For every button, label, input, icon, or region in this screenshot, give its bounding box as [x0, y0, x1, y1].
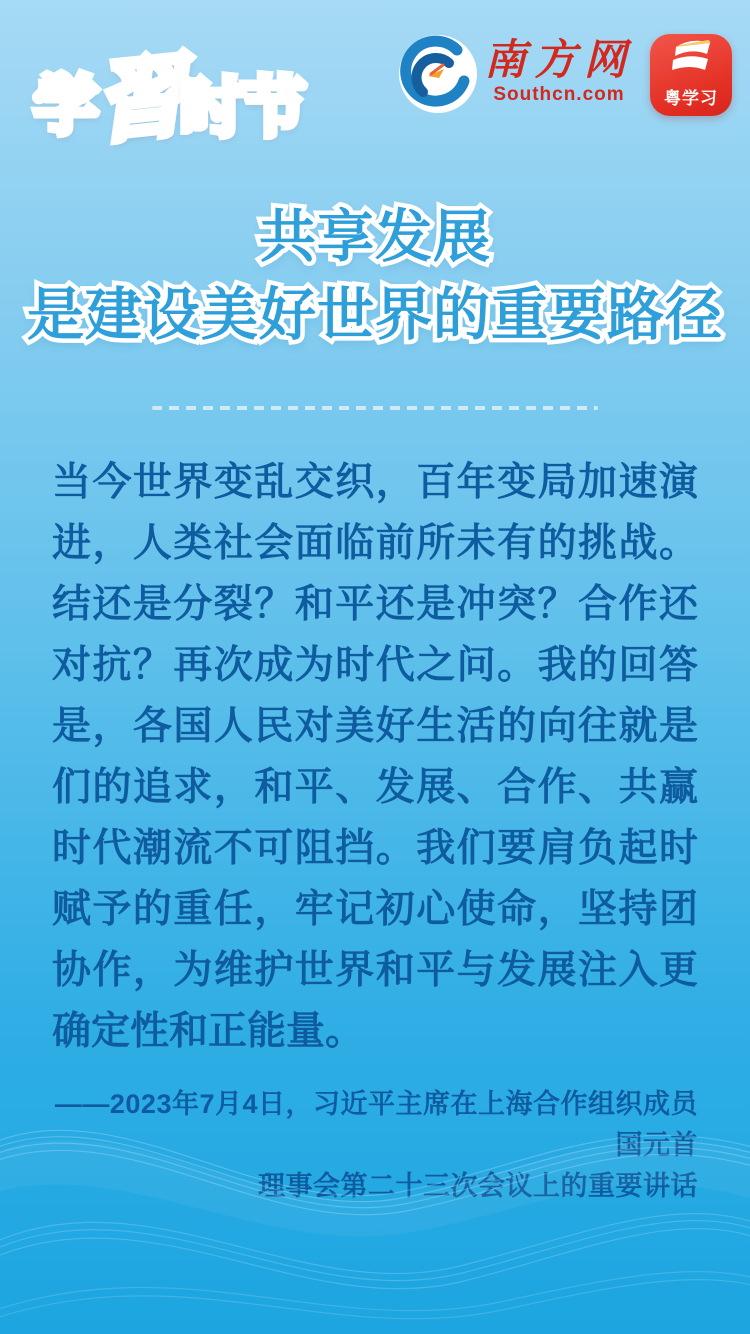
yuexuexi-app-icon: 粤学习 — [650, 34, 732, 116]
southcn-s-swirl-icon — [398, 34, 478, 119]
poster-title-text: 共享发展 是建设美好世界的重要路径 — [0, 198, 750, 354]
poster-page: 学習时节 学習时节 南方网 — [0, 0, 750, 1334]
quote-line: 进，人类社会面临前所未有的挑战。团 — [52, 513, 698, 574]
quote-line: 们的追求，和平、发展、合作、共赢的 — [52, 757, 698, 818]
header-logos-right: 南方网 Southcn.com 粤学习 — [398, 34, 732, 119]
southcn-name: 南方网 — [484, 38, 634, 84]
southcn-logo: 南方网 Southcn.com — [398, 34, 634, 119]
quote-attribution: ——2023年7月4日，习近平主席在上海合作组织成员国元首 理事会第二十三次会议… — [50, 1084, 698, 1207]
dashed-divider — [152, 406, 598, 410]
title-line-2: 是建设美好世界的重要路径 — [0, 276, 750, 354]
quote-line: 协作，为维护世界和平与发展注入更多 — [52, 940, 698, 1001]
yuexuexi-label: 粤学习 — [664, 84, 718, 109]
xuexi-shijie-logo-text: 学習时节 — [34, 40, 304, 128]
quote-line: 时代潮流不可阻挡。我们要肩负起时代 — [52, 818, 698, 879]
header: 学習时节 学習时节 南方网 — [34, 34, 732, 144]
quote-line: 结还是分裂？和平还是冲突？合作还是 — [52, 574, 698, 635]
quote-line: 是，各国人民对美好生活的向往就是我 — [52, 696, 698, 757]
attribution-line-2: 理事会第二十三次会议上的重要讲话 — [50, 1166, 698, 1207]
southcn-logo-text: 南方网 Southcn.com — [484, 38, 634, 107]
title-line-1: 共享发展 — [0, 198, 750, 276]
xuexi-shijie-logo: 学習时节 学習时节 — [34, 40, 304, 144]
quote-body: 当今世界变乱交织，百年变局加速演 进，人类社会面临前所未有的挑战。团 结还是分裂… — [52, 452, 698, 1062]
stacked-books-s-icon — [666, 35, 716, 84]
quote-line: 对抗？再次成为时代之问。我的回答 — [52, 635, 698, 696]
southcn-domain: Southcn.com — [493, 84, 624, 107]
quote-line: 当今世界变乱交织，百年变局加速演 — [52, 452, 698, 513]
quote-line: 确定性和正能量。 — [52, 1001, 698, 1062]
attribution-line-1: ——2023年7月4日，习近平主席在上海合作组织成员国元首 — [50, 1084, 698, 1166]
poster-title: 共享发展 是建设美好世界的重要路径 共享发展 是建设美好世界的重要路径 — [0, 198, 750, 354]
quote-line: 赋予的重任，牢记初心使命，坚持团结 — [52, 879, 698, 940]
